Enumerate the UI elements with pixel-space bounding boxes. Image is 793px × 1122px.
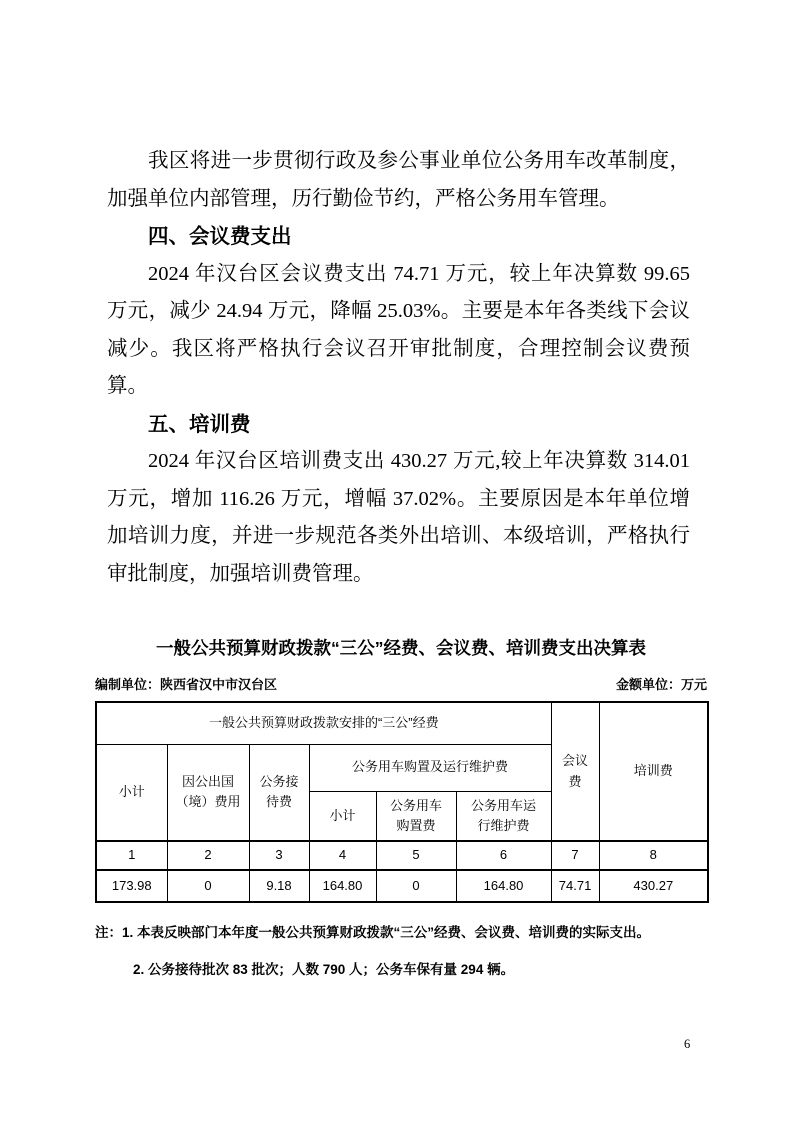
expenses-decision-table: 一般公共预算财政拨款安排的“三公”经费 会议费 培训费 小计 因公出国（境）费用…: [95, 701, 709, 903]
value-cell-vehicle-subtotal: 164.80: [309, 870, 376, 902]
value-cell-training: 430.27: [599, 870, 708, 902]
value-cell-meeting: 74.71: [551, 870, 599, 902]
page-number: 6: [684, 1037, 690, 1052]
header-cell-vehicle-subtotal: 小计: [309, 791, 376, 841]
document-content: 我区将进一步贯彻行政及参公事业单位公务用车改革制度，加强单位内部管理，历行勤俭节…: [95, 0, 707, 980]
header-cell-vehicle-group: 公务用车购置及运行维护费: [309, 744, 551, 791]
value-cell-vehicle-purchase: 0: [376, 870, 456, 902]
section-4-heading: 四、会议费支出: [107, 218, 690, 256]
column-number-cell: 2: [167, 841, 249, 870]
table-title: 一般公共预算财政拨款“三公”经费、会议费、培训费支出决算表: [95, 635, 707, 661]
value-cell-reception: 9.18: [249, 870, 309, 902]
note-1: 注：1. 本表反映部门本年度一般公共预算财政拨款“三公”经费、会议费、培训费的实…: [95, 923, 707, 943]
header-cell-training-fee: 培训费: [599, 702, 708, 841]
column-number-cell: 1: [96, 841, 167, 870]
header-cell-abroad-fee: 因公出国（境）费用: [167, 744, 249, 841]
value-cell-sangong-subtotal: 173.98: [96, 870, 167, 902]
section-4-paragraph: 2024 年汉台区会议费支出 74.71 万元，较上年决算数 99.65 万元，…: [107, 256, 690, 406]
header-cell-meeting-fee: 会议费: [551, 702, 599, 841]
header-row-1: 一般公共预算财政拨款安排的“三公”经费 会议费 培训费: [96, 702, 708, 744]
column-number-cell: 7: [551, 841, 599, 870]
values-row: 173.98 0 9.18 164.80 0 164.80 74.71 430.…: [96, 870, 708, 902]
column-number-cell: 3: [249, 841, 309, 870]
prepared-by-label: 编制单位：陕西省汉中市汉台区: [95, 677, 277, 693]
document-page: 我区将进一步贯彻行政及参公事业单位公务用车改革制度，加强单位内部管理，历行勤俭节…: [0, 0, 793, 1122]
column-number-row: 1 2 3 4 5 6 7 8: [96, 841, 708, 870]
section-5-heading: 五、培训费: [107, 406, 690, 444]
value-cell-vehicle-maintenance: 164.80: [456, 870, 551, 902]
table-notes: 注：1. 本表反映部门本年度一般公共预算财政拨款“三公”经费、会议费、培训费的实…: [95, 923, 707, 980]
column-number-cell: 5: [376, 841, 456, 870]
column-number-cell: 8: [599, 841, 708, 870]
section-5-paragraph: 2024 年汉台区培训费支出 430.27 万元,较上年决算数 314.01 万…: [107, 443, 690, 593]
amount-unit-label: 金额单位：万元: [616, 677, 707, 693]
value-cell-abroad: 0: [167, 870, 249, 902]
paragraph-vehicle-reform: 我区将进一步贯彻行政及参公事业单位公务用车改革制度，加强单位内部管理，历行勤俭节…: [107, 143, 690, 218]
header-cell-subtotal: 小计: [96, 744, 167, 841]
column-number-cell: 4: [309, 841, 376, 870]
header-cell-vehicle-maintenance: 公务用车运行维护费: [456, 791, 551, 841]
table-meta-row: 编制单位：陕西省汉中市汉台区 金额单位：万元: [95, 677, 707, 693]
note-2: 2. 公务接待批次 83 批次；人数 790 人；公务车保有量 294 辆。: [133, 960, 707, 980]
header-cell-vehicle-purchase: 公务用车购置费: [376, 791, 456, 841]
column-number-cell: 6: [456, 841, 551, 870]
header-cell-reception-fee: 公务接待费: [249, 744, 309, 841]
header-cell-sangong-group: 一般公共预算财政拨款安排的“三公”经费: [96, 702, 551, 744]
